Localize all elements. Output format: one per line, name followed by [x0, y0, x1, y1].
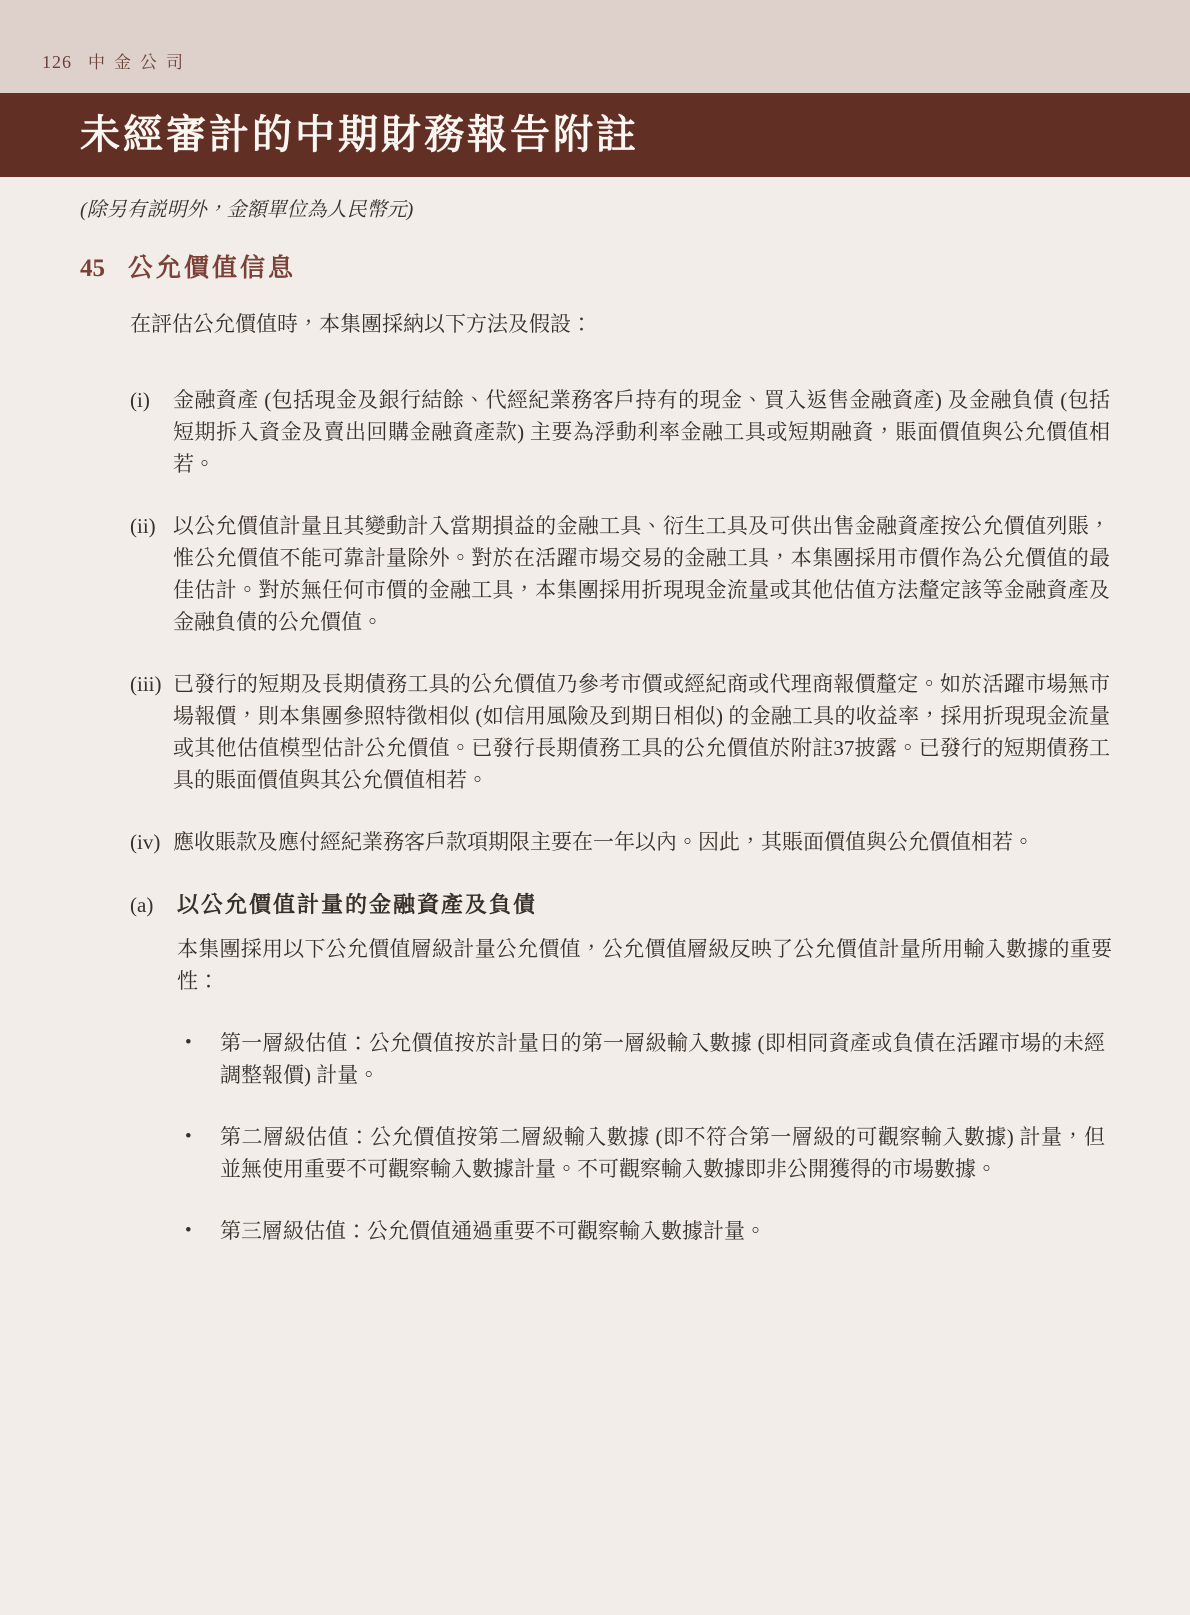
- list-item-iv: (iv) 應收賬款及應付經紀業務客戶款項期限主要在一年以內。因此，其賬面價值與公…: [130, 826, 1110, 858]
- chapter-title: 未經審計的中期財務報告附註: [80, 115, 639, 155]
- section-title: 公允價值信息: [128, 248, 296, 284]
- section-number: 45: [80, 255, 128, 283]
- subsection-heading: (a) 以公允價值計量的金融資產及負債: [130, 888, 1110, 921]
- running-header: 126中金公司: [0, 0, 1190, 93]
- list-item-iii: (iii) 已發行的短期及長期債務工具的公允價值乃參考市價或經紀商或代理商報價釐…: [130, 668, 1110, 796]
- subsection-title: 以公允價值計量的金融資產及負債: [177, 888, 537, 919]
- section-intro: 在評估公允價值時，本集團採納以下方法及假設：: [130, 308, 1110, 340]
- list-marker-iii: (iii): [130, 668, 173, 796]
- bullet-item-level2: • 第二層級估值：公允價值按第二層級輸入數據 (即不符合第一層級的可觀察輸入數據…: [185, 1121, 1105, 1185]
- list-marker-iv: (iv): [130, 826, 173, 858]
- currency-note: (除另有説明外，金額單位為人民幣元): [80, 193, 1110, 222]
- bullet-icon: •: [185, 1215, 220, 1247]
- page-content: (除另有説明外，金額單位為人民幣元) 45 公允價值信息 在評估公允價值時，本集…: [0, 193, 1190, 1247]
- section-heading: 45 公允價值信息: [80, 248, 1110, 284]
- bullet-level2-text: 第二層級估值：公允價值按第二層級輸入數據 (即不符合第一層級的可觀察輸入數據) …: [220, 1121, 1105, 1185]
- bullet-level3-text: 第三層級估值：公允價值通過重要不可觀察輸入數據計量。: [220, 1215, 1105, 1247]
- list-marker-i: (i): [130, 384, 173, 480]
- list-item-iii-text: 已發行的短期及長期債務工具的公允價值乃參考市價或經紀商或代理商報價釐定。如於活躍…: [173, 668, 1110, 796]
- list-item-i: (i) 金融資產 (包括現金及銀行結餘、代經紀業務客戶持有的現金、買入返售金融資…: [130, 384, 1110, 480]
- subsection-intro: 本集團採用以下公允價值層級計量公允價值，公允價值層級反映了公允價值計量所用輸入數…: [177, 933, 1112, 997]
- list-item-i-text: 金融資產 (包括現金及銀行結餘、代經紀業務客戶持有的現金、買入返售金融資產) 及…: [173, 384, 1110, 480]
- bullet-item-level3: • 第三層級估值：公允價值通過重要不可觀察輸入數據計量。: [185, 1215, 1105, 1247]
- list-item-ii: (ii) 以公允價值計量且其變動計入當期損益的金融工具、衍生工具及可供出售金融資…: [130, 510, 1110, 638]
- subsection-marker: (a): [130, 889, 177, 921]
- bullet-icon: •: [185, 1027, 220, 1091]
- company-name: 中金公司: [88, 53, 192, 72]
- list-item-ii-text: 以公允價值計量且其變動計入當期損益的金融工具、衍生工具及可供出售金融資產按公允價…: [173, 510, 1110, 638]
- chapter-banner: 未經審計的中期財務報告附註: [0, 93, 1190, 177]
- list-item-iv-text: 應收賬款及應付經紀業務客戶款項期限主要在一年以內。因此，其賬面價值與公允價值相若…: [173, 826, 1110, 858]
- page-number: 126: [42, 52, 72, 72]
- document-page: 126中金公司 未經審計的中期財務報告附註 (除另有説明外，金額單位為人民幣元)…: [0, 0, 1190, 1615]
- bullet-icon: •: [185, 1121, 220, 1185]
- list-marker-ii: (ii): [130, 510, 173, 638]
- bullet-item-level1: • 第一層級估值：公允價值按於計量日的第一層級輸入數據 (即相同資產或負債在活躍…: [185, 1027, 1105, 1091]
- bullet-level1-text: 第一層級估值：公允價值按於計量日的第一層級輸入數據 (即相同資產或負債在活躍市場…: [220, 1027, 1105, 1091]
